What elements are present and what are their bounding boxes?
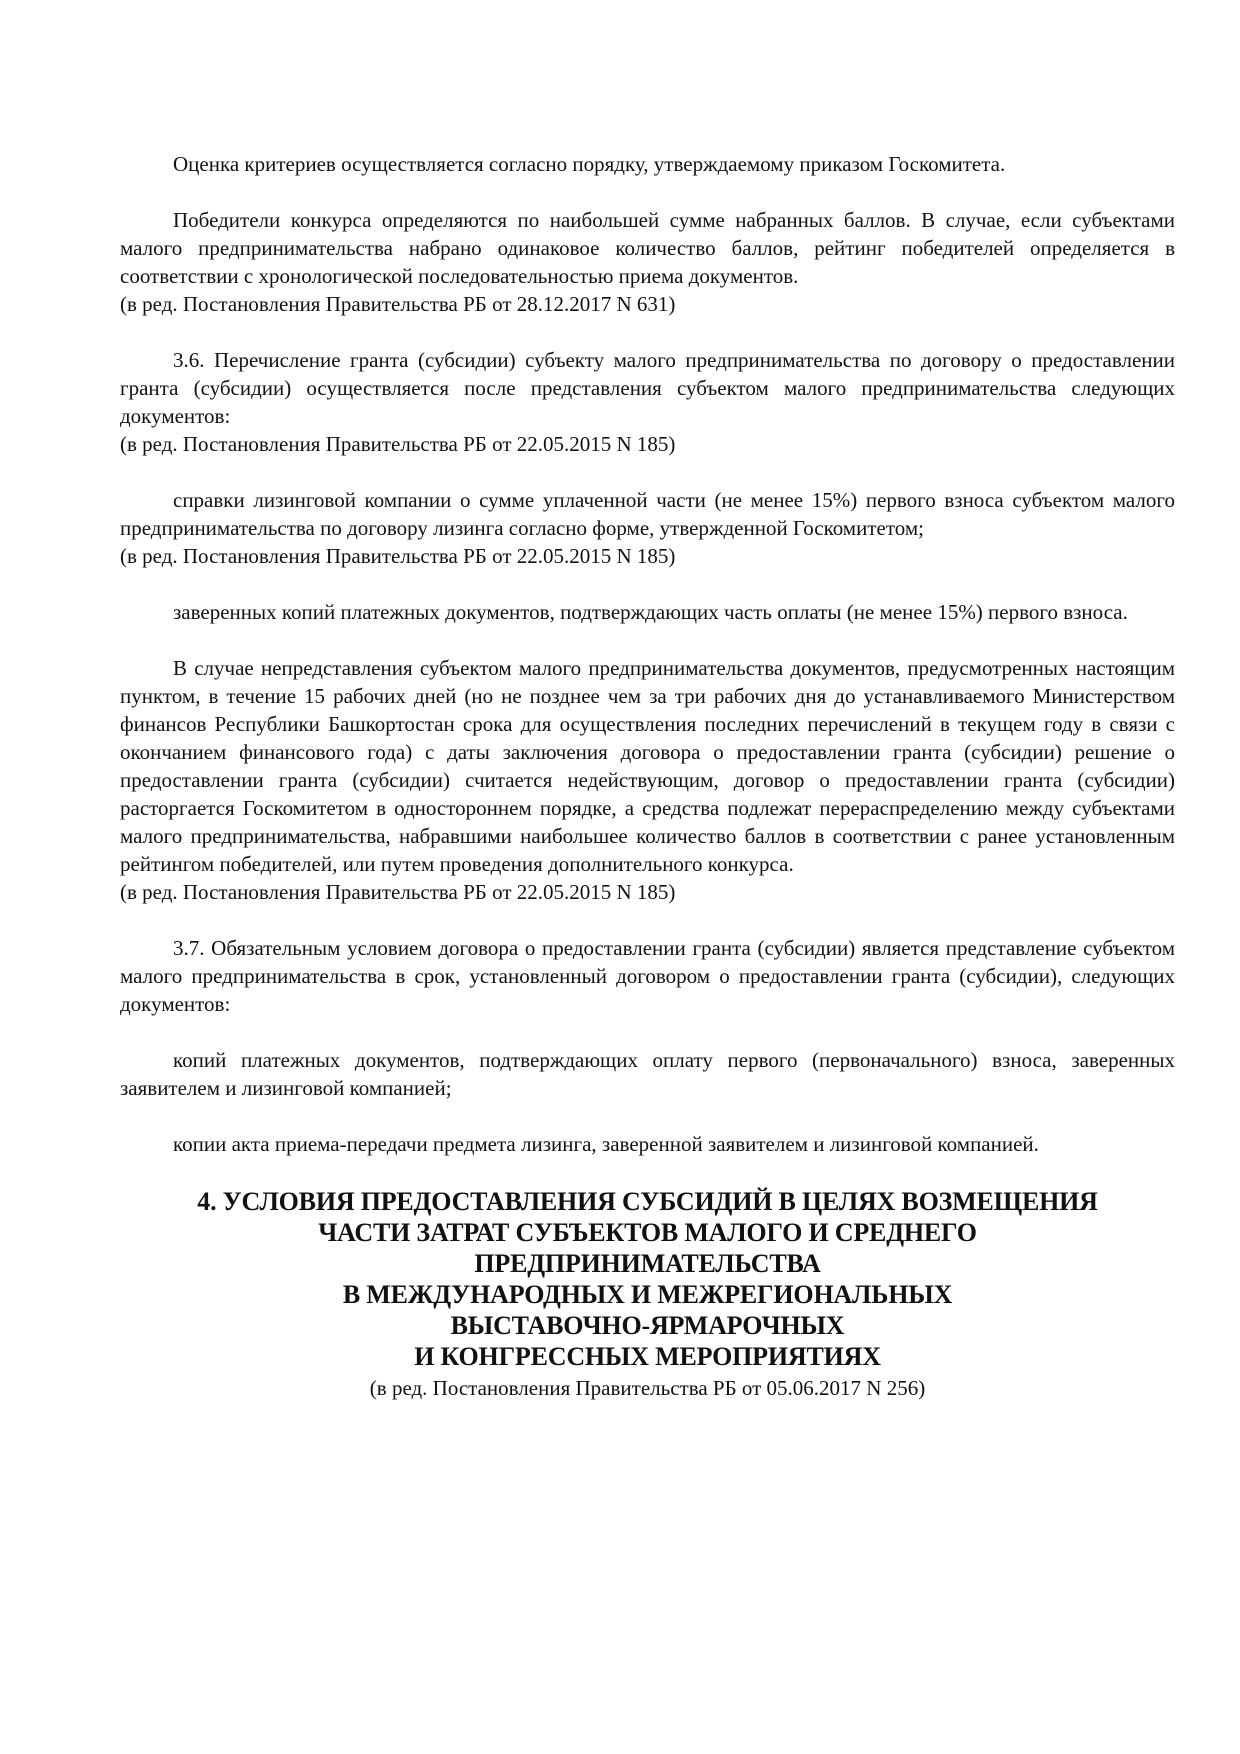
amendment-note: (в ред. Постановления Правительства РБ о…	[120, 290, 1175, 318]
heading-line: ЧАСТИ ЗАТРАТ СУБЪЕКТОВ МАЛОГО И СРЕДНЕГО	[120, 1217, 1175, 1248]
paragraph-text: 3.6. Перечисление гранта (субсидии) субъ…	[120, 346, 1175, 430]
heading-line: И КОНГРЕССНЫХ МЕРОПРИЯТИЯХ	[120, 1341, 1175, 1372]
paragraph-leasing-certificate: справки лизинговой компании о сумме упла…	[120, 486, 1175, 570]
paragraph-text: заверенных копий платежных документов, п…	[120, 598, 1175, 626]
heading-line: 4. УСЛОВИЯ ПРЕДОСТАВЛЕНИЯ СУБСИДИЙ В ЦЕЛ…	[120, 1186, 1175, 1217]
paragraph-payment-copies: заверенных копий платежных документов, п…	[120, 598, 1175, 626]
paragraph-payment-documents: копий платежных документов, подтверждающ…	[120, 1046, 1175, 1102]
paragraph-text: справки лизинговой компании о сумме упла…	[120, 486, 1175, 542]
paragraph-criteria-evaluation: Оценка критериев осуществляется согласно…	[120, 150, 1175, 178]
paragraph-winners: Победители конкурса определяются по наиб…	[120, 206, 1175, 318]
paragraph-acceptance-act: копии акта приема-передачи предмета лизи…	[120, 1130, 1175, 1158]
section-4-heading: 4. УСЛОВИЯ ПРЕДОСТАВЛЕНИЯ СУБСИДИЙ В ЦЕЛ…	[120, 1186, 1175, 1372]
paragraph-text: копии акта приема-передачи предмета лизи…	[120, 1130, 1175, 1158]
paragraph-text: В случае непредставления субъектом малог…	[120, 654, 1175, 878]
paragraph-text: Победители конкурса определяются по наиб…	[120, 206, 1175, 290]
paragraph-3-6: 3.6. Перечисление гранта (субсидии) субъ…	[120, 346, 1175, 458]
amendment-note: (в ред. Постановления Правительства РБ о…	[120, 542, 1175, 570]
paragraph-non-submission: В случае непредставления субъектом малог…	[120, 654, 1175, 906]
paragraph-text: копий платежных документов, подтверждающ…	[120, 1046, 1175, 1102]
heading-line: ПРЕДПРИНИМАТЕЛЬСТВА	[120, 1248, 1175, 1279]
amendment-note: (в ред. Постановления Правительства РБ о…	[120, 878, 1175, 906]
paragraph-3-7: 3.7. Обязательным условием договора о пр…	[120, 934, 1175, 1018]
paragraph-text: 3.7. Обязательным условием договора о пр…	[120, 934, 1175, 1018]
paragraph-text: Оценка критериев осуществляется согласно…	[120, 150, 1175, 178]
section-4-amendment-note: (в ред. Постановления Правительства РБ о…	[120, 1374, 1175, 1402]
heading-line: В МЕЖДУНАРОДНЫХ И МЕЖРЕГИОНАЛЬНЫХ	[120, 1279, 1175, 1310]
amendment-note: (в ред. Постановления Правительства РБ о…	[120, 430, 1175, 458]
heading-line: ВЫСТАВОЧНО-ЯРМАРОЧНЫХ	[120, 1310, 1175, 1341]
document-page: Оценка критериев осуществляется согласно…	[120, 150, 1175, 1402]
